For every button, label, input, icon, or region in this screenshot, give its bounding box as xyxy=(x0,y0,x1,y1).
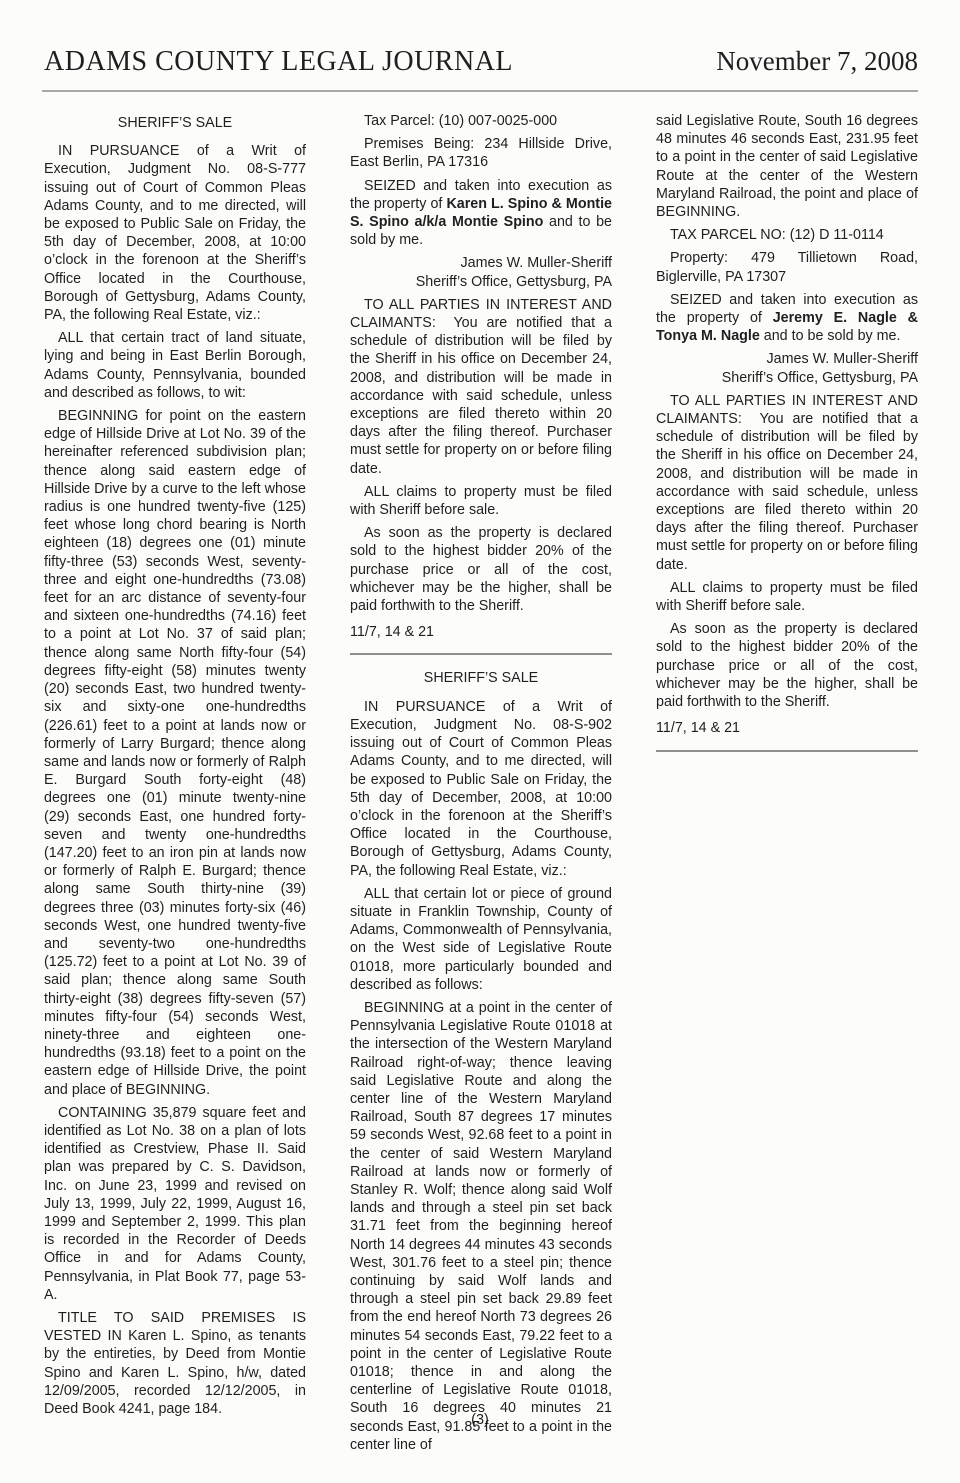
publication-dates: 11/7, 14 & 21 xyxy=(350,623,612,641)
notice-paragraph: CONTAINING 35,879 square feet and identi… xyxy=(44,1104,306,1304)
notice-paragraph: Tax Parcel: (10) 007-0025-000 xyxy=(350,112,612,130)
notice-paragraph: ALL that certain tract of land situate, … xyxy=(44,329,306,402)
notice-heading: SHERIFF’S SALE xyxy=(350,669,612,687)
notice-paragraph: TO ALL PARTIES IN INTEREST AND CLAIMANTS… xyxy=(350,296,612,478)
signature-line: James W. Muller-Sheriff xyxy=(656,350,918,368)
paragraph-text: and to be sold by me. xyxy=(760,328,901,344)
notice-paragraph: TITLE TO SAID PREMISES IS VESTED IN Kare… xyxy=(44,1309,306,1418)
notice-heading: SHERIFF’S SALE xyxy=(44,114,306,132)
notice-divider xyxy=(350,653,612,655)
columns: SHERIFF’S SALEIN PURSUANCE of a Writ of … xyxy=(44,112,918,1459)
notice-paragraph: BEGINNING for point on the eastern edge … xyxy=(44,407,306,1099)
notice-paragraph: TO ALL PARTIES IN INTEREST AND CLAIMANTS… xyxy=(656,392,918,574)
header-rule xyxy=(42,90,918,92)
notice-paragraph: BEGINNING at a point in the center of Pe… xyxy=(350,999,612,1454)
notice-paragraph: As soon as the property is declared sold… xyxy=(656,620,918,711)
publication-dates: 11/7, 14 & 21 xyxy=(656,719,918,737)
signature-line: James W. Muller-Sheriff xyxy=(350,254,612,272)
notice-paragraph: TAX PARCEL NO: (12) D 11-0114 xyxy=(656,226,918,244)
notice-paragraph: ALL claims to property must be filed wit… xyxy=(350,483,612,519)
issue-date: November 7, 2008 xyxy=(716,46,918,77)
signature-block: James W. Muller-SheriffSheriff’s Office,… xyxy=(350,254,612,290)
notice-paragraph: ALL claims to property must be filed wit… xyxy=(656,579,918,615)
signature-line: Sheriff’s Office, Gettysburg, PA xyxy=(350,273,612,291)
column-1: SHERIFF’S SALEIN PURSUANCE of a Writ of … xyxy=(44,112,306,1459)
notice-paragraph: IN PURSUANCE of a Writ of Execution, Jud… xyxy=(44,142,306,324)
column-3: said Legislative Route, South 16 degrees… xyxy=(656,112,918,1459)
signature-line: Sheriff’s Office, Gettysburg, PA xyxy=(656,369,918,387)
journal-page: ADAMS COUNTY LEGAL JOURNAL November 7, 2… xyxy=(0,0,960,1483)
notice-paragraph: said Legislative Route, South 16 degrees… xyxy=(656,112,918,221)
notice-paragraph: SEIZED and taken into execution as the p… xyxy=(350,177,612,250)
notice-divider xyxy=(656,750,918,752)
notice-paragraph: As soon as the property is declared sold… xyxy=(350,524,612,615)
notice-paragraph: Property: 479 Tillietown Road, Biglervil… xyxy=(656,249,918,285)
notice-paragraph: SEIZED and taken into execution as the p… xyxy=(656,291,918,346)
notice-paragraph: Premises Being: 234 Hillside Drive, East… xyxy=(350,135,612,171)
notice-paragraph: ALL that certain lot or piece of ground … xyxy=(350,885,612,994)
signature-block: James W. Muller-SheriffSheriff’s Office,… xyxy=(656,350,918,386)
page-footer: (3) xyxy=(0,1412,960,1428)
journal-title: ADAMS COUNTY LEGAL JOURNAL xyxy=(44,46,513,78)
column-2: Tax Parcel: (10) 007-0025-000Premises Be… xyxy=(350,112,612,1459)
page-header: ADAMS COUNTY LEGAL JOURNAL November 7, 2… xyxy=(44,46,918,78)
page-number: (3) xyxy=(471,1412,489,1428)
notice-paragraph: IN PURSUANCE of a Writ of Execution, Jud… xyxy=(350,698,612,880)
